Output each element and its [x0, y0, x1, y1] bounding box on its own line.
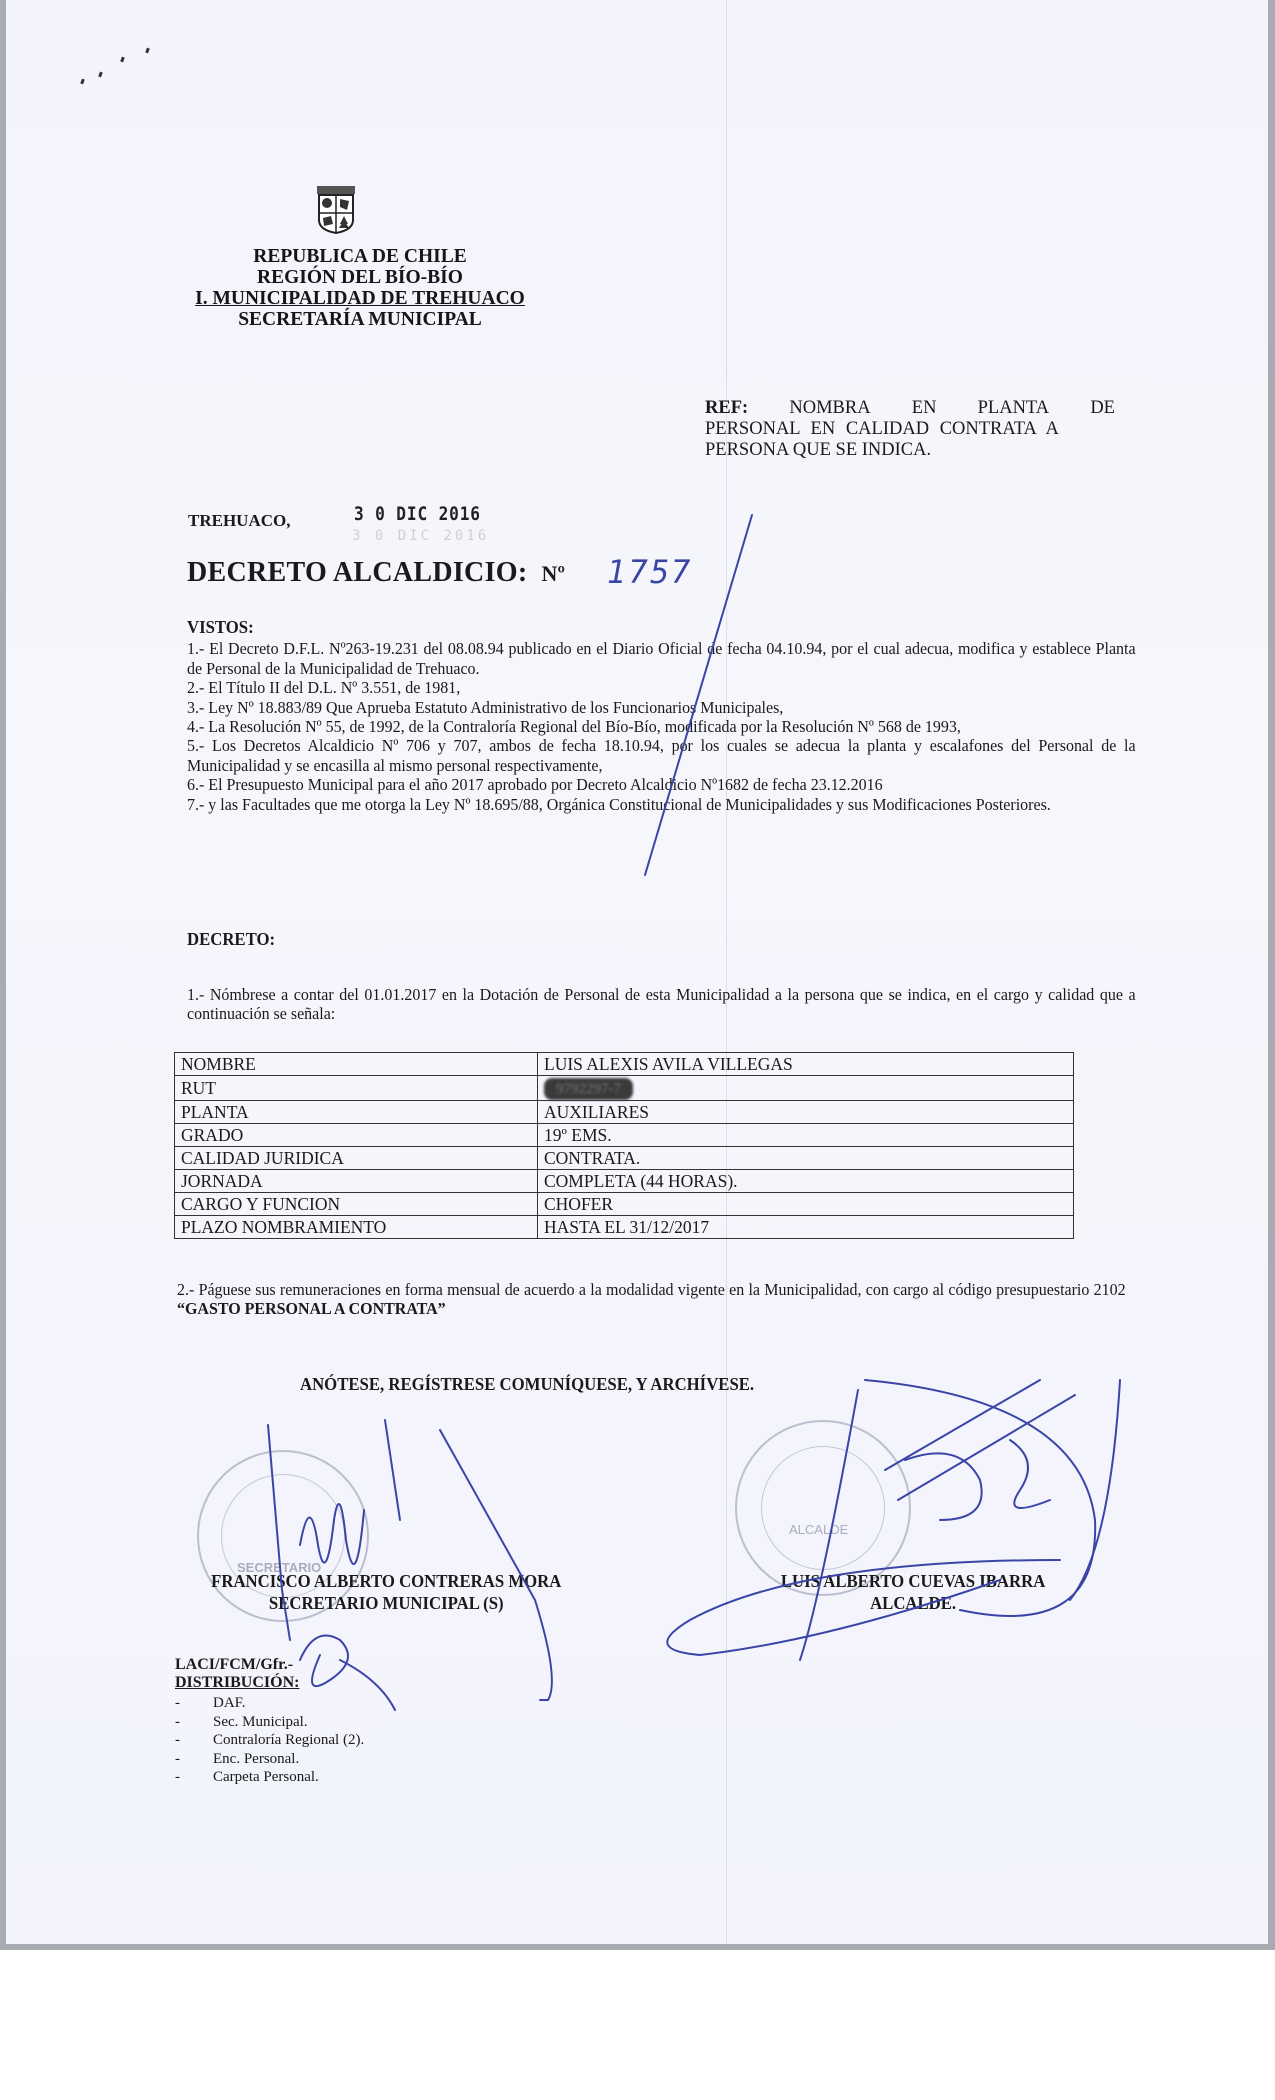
budget-code-label: “GASTO PERSONAL A CONTRATA” [177, 1299, 446, 1318]
ref-label: REF: [705, 398, 748, 419]
table-row: JORNADACOMPLETA (44 HORAS). [175, 1170, 1074, 1193]
ref-line2: PERSONAL EN CALIDAD CONTRATA A [705, 419, 1115, 440]
decreto-paragraph-1: 1.- Nómbrese a contar del 01.01.2017 en … [187, 985, 1136, 1024]
header-country: REPUBLICA DE CHILE [160, 246, 560, 267]
distribution-list: -DAF. -Sec. Municipal. -Contraloría Regi… [175, 1694, 364, 1787]
list-item: -Carpeta Personal. [175, 1768, 364, 1787]
initials: LACI/FCM/Gfr.- [175, 1656, 293, 1674]
table-row: CALIDAD JURIDICACONTRATA. [175, 1147, 1074, 1170]
signer-name: LUIS ALBERTO CUEVAS IBARRA [755, 1570, 1071, 1592]
vistos-section: VISTOS: 1.- El Decreto D.F.L. Nº263-19.2… [187, 618, 1136, 814]
decreto-heading: DECRETO: [187, 930, 275, 949]
vistos-heading: VISTOS: [187, 618, 1136, 637]
ref-word: PLANTA [978, 398, 1050, 419]
header-municipality: I. MUNICIPALIDAD DE TREHUACO [160, 288, 560, 309]
ref-word: EN [912, 398, 937, 419]
list-item: -Contraloría Regional (2). [175, 1731, 364, 1750]
closing-formula: ANÓTESE, REGÍSTRESE COMUNÍQUESE, Y ARCHÍ… [300, 1374, 754, 1395]
signer-mayor: LUIS ALBERTO CUEVAS IBARRA ALCALDE. [755, 1570, 1071, 1614]
handwritten-decree-number: 1757 [607, 553, 692, 591]
table-row: GRADO19º EMS. [175, 1124, 1074, 1147]
distribution-title: DISTRIBUCIÓN: [175, 1674, 299, 1692]
date-stamp: 3 0 DIC 2016 [354, 503, 481, 525]
vistos-item: 2.- El Título II del D.L. Nº 3.551, de 1… [187, 678, 1136, 697]
signer-secretary: FRANCISCO ALBERTO CONTRERAS MORA SECRETA… [177, 1570, 596, 1614]
table-row: CARGO Y FUNCIONCHOFER [175, 1193, 1074, 1216]
number-label: Nº [541, 561, 565, 586]
table-row: NOMBRELUIS ALEXIS AVILA VILLEGAS [175, 1053, 1074, 1076]
decreto-paragraph-2: 2.- Páguese sus remuneraciones en forma … [177, 1280, 1126, 1319]
table-row: RUT9792297-7 [175, 1076, 1074, 1101]
reference-block: REF: NOMBRA EN PLANTA DE PERSONAL EN CAL… [705, 398, 1115, 461]
decree-title: DECRETO ALCALDICIO:Nº [187, 557, 565, 589]
ref-line3: PERSONA QUE SE INDICA. [705, 440, 1115, 461]
vistos-item: 7.- y las Facultades que me otorga la Le… [187, 795, 1136, 814]
header-department: SECRETARÍA MUNICIPAL [160, 309, 560, 330]
vistos-item: 6.- El Presupuesto Municipal para el año… [187, 775, 1136, 794]
ref-word: DE [1090, 398, 1115, 419]
vistos-item: 1.- El Decreto D.F.L. Nº263-19.231 del 0… [187, 639, 1136, 678]
appointment-table: NOMBRELUIS ALEXIS AVILA VILLEGAS RUT9792… [174, 1052, 1074, 1239]
table-row: PLAZO NOMBRAMIENTOHASTA EL 31/12/2017 [175, 1216, 1074, 1239]
table-row: PLANTAAUXILIARES [175, 1101, 1074, 1124]
city-label: TREHUACO, [188, 511, 290, 531]
date-stamp-faint: 3 0 DIC 2016 [352, 528, 489, 544]
header-region: REGIÓN DEL BÍO-BÍO [160, 267, 560, 288]
vistos-item: 4.- La Resolución Nº 55, de 1992, de la … [187, 717, 1136, 736]
list-item: -Sec. Municipal. [175, 1713, 364, 1732]
page-fold-line [726, 0, 727, 1944]
list-item: -Enc. Personal. [175, 1750, 364, 1769]
list-item: -DAF. [175, 1694, 364, 1713]
vistos-item: 3.- Ley Nº 18.883/89 Que Aprueba Estatut… [187, 698, 1136, 717]
signer-title: SECRETARIO MUNICIPAL (S) [177, 1592, 596, 1614]
vistos-item: 5.- Los Decretos Alcaldicio Nº 706 y 707… [187, 736, 1136, 775]
municipal-crest-icon [313, 186, 359, 234]
redacted-rut: 9792297-7 [544, 1078, 633, 1100]
ref-word: NOMBRA [789, 398, 870, 419]
signer-title: ALCALDE. [755, 1592, 1071, 1614]
signer-name: FRANCISCO ALBERTO CONTRERAS MORA [177, 1570, 596, 1592]
issuer-header: REPUBLICA DE CHILE REGIÓN DEL BÍO-BÍO I.… [160, 246, 560, 330]
